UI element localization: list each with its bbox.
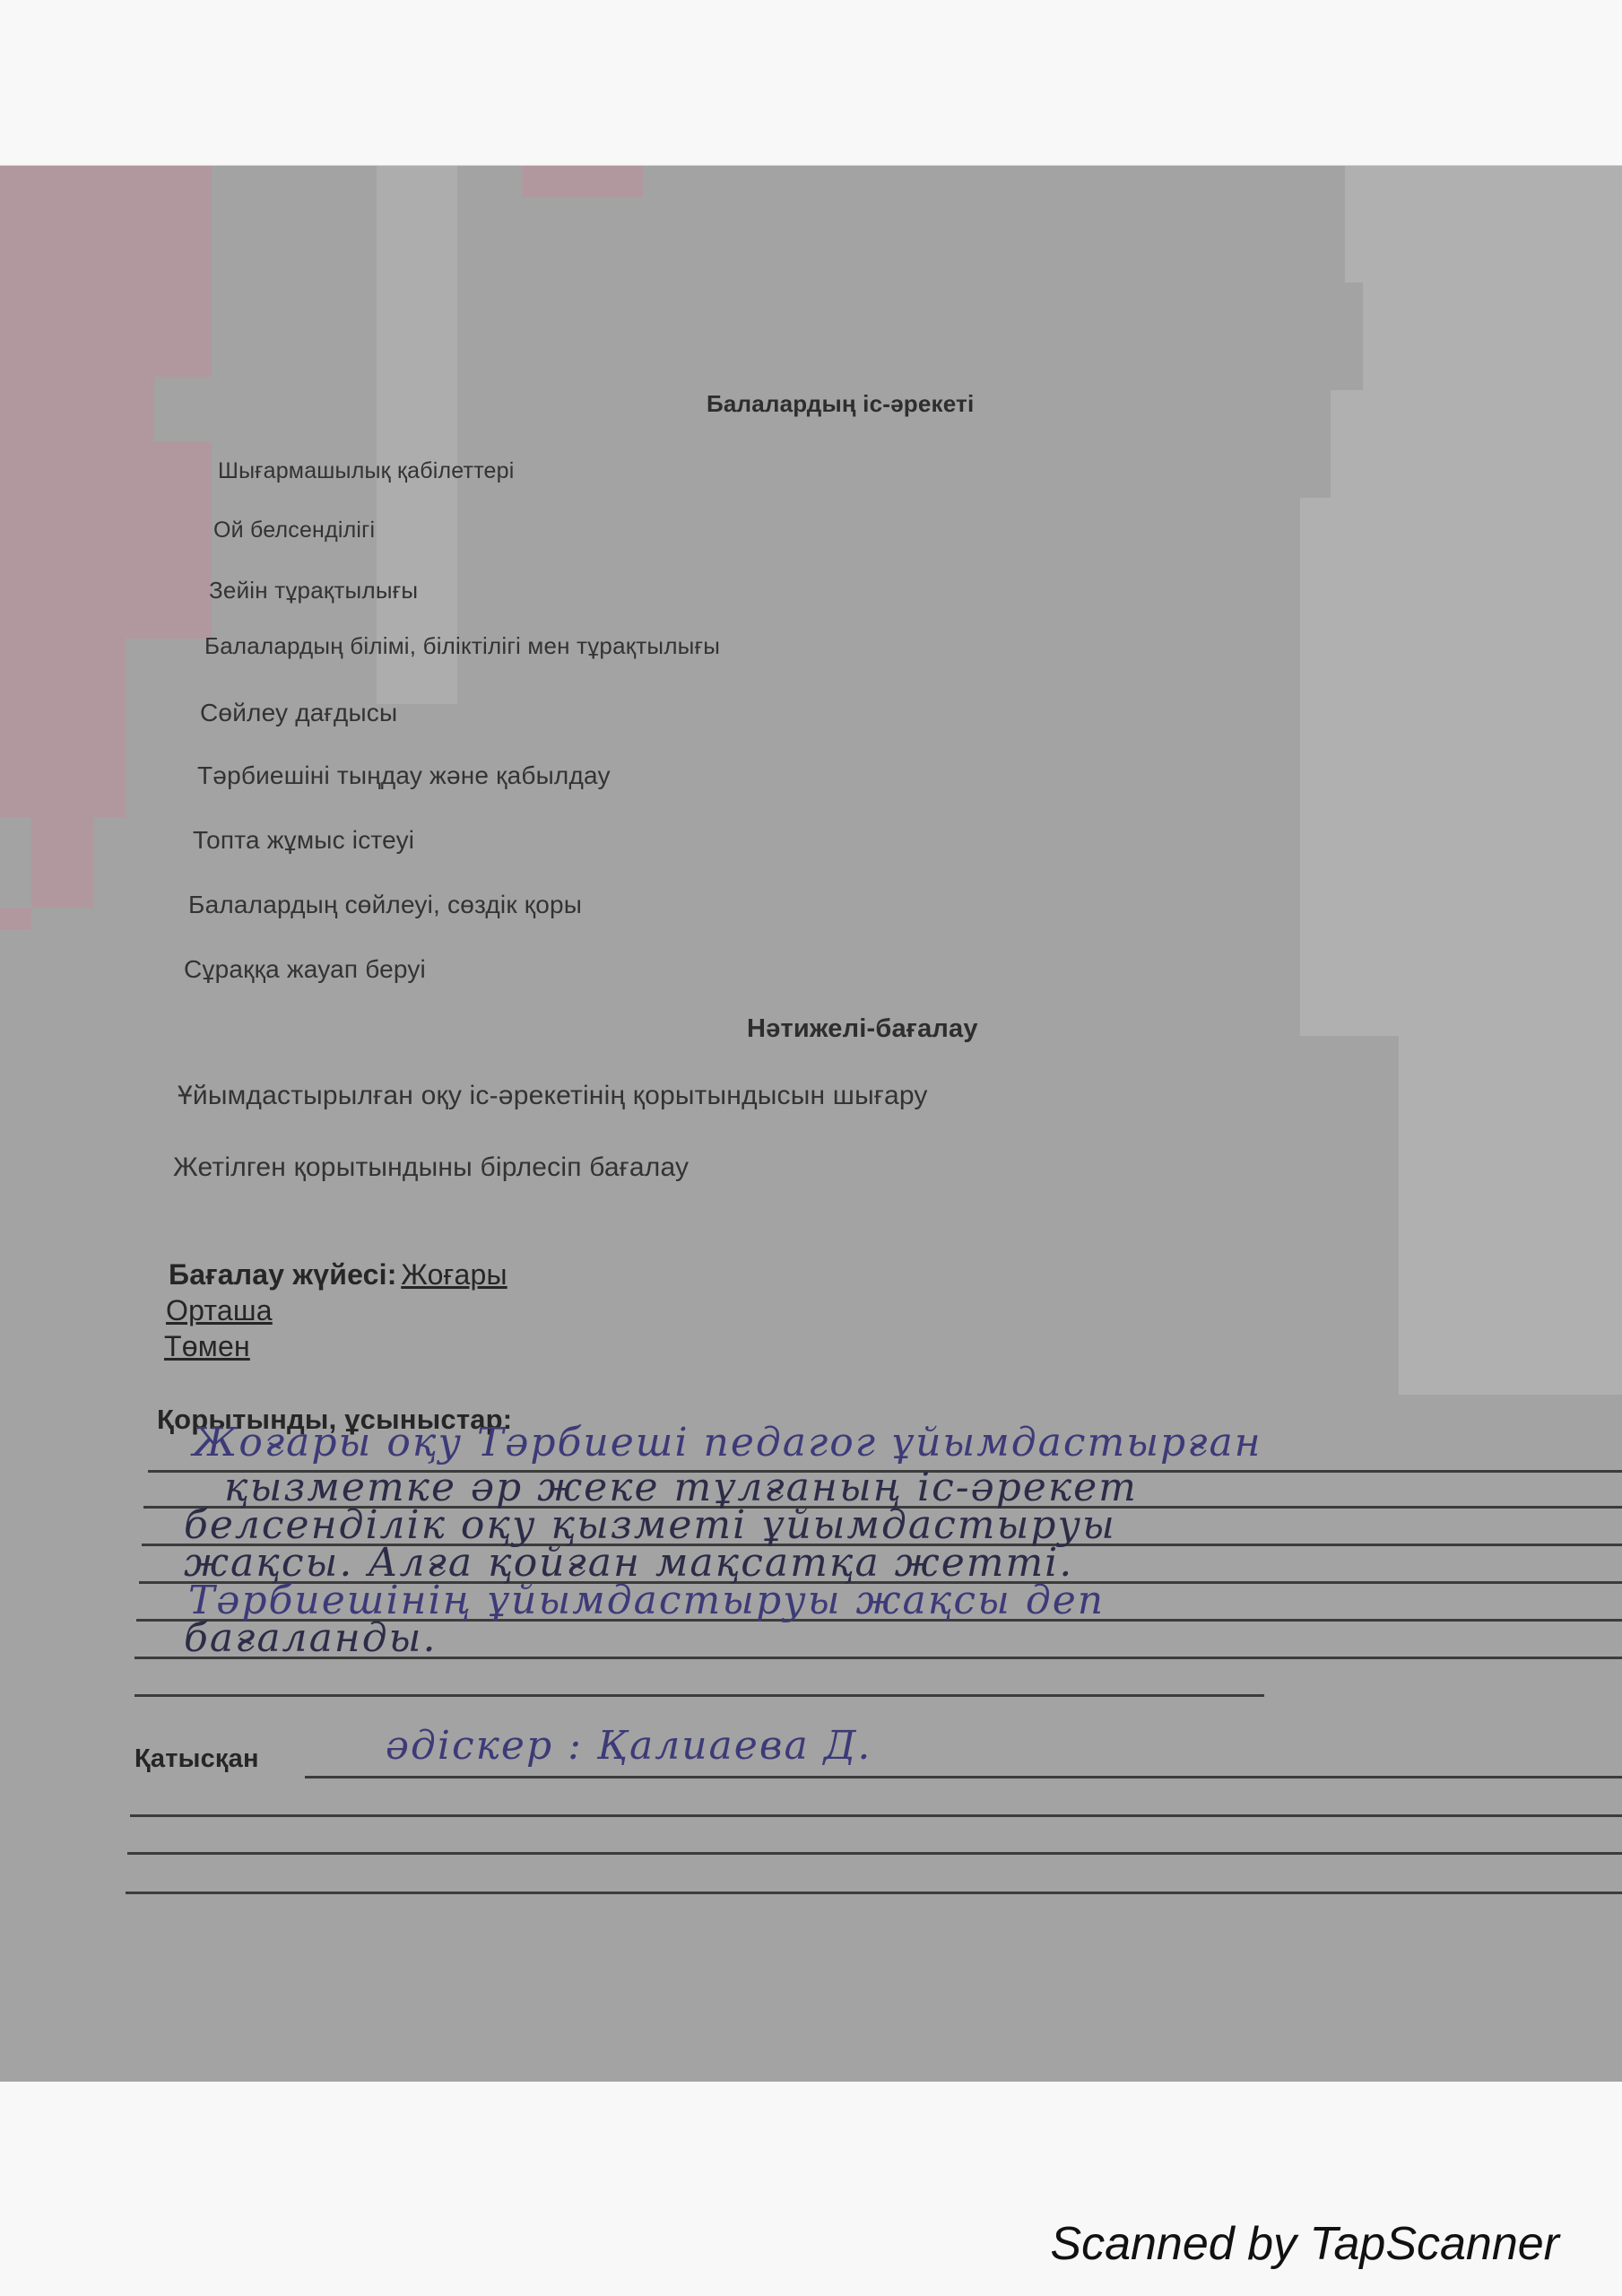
grade-level-medium: Орташа (166, 1294, 273, 1327)
criteria-item: Сұраққа жауап беруі (184, 955, 426, 984)
results-item: Ұйымдастырылған оқу іс-әрекетінің қорыты… (178, 1081, 928, 1111)
criteria-item: Зейін тұрақтылығы (209, 577, 418, 604)
scan-artifact (1363, 283, 1622, 390)
handwritten-conclusion-line: Жоғары оқу Тәрбиеші педагог ұйымдастырға… (193, 1420, 1262, 1465)
grading-system: Бағалау жүйесі: Жоғары (169, 1258, 507, 1291)
scan-artifact (1399, 1036, 1622, 1395)
grade-level-high: Жоғары (401, 1258, 507, 1291)
scan-artifact (522, 166, 643, 197)
scan-artifact (0, 441, 212, 639)
writing-line (305, 1776, 1622, 1779)
grade-level-low: Төмен (164, 1330, 250, 1363)
participant-signature: әдіскер : Қалиаева Д. (386, 1723, 872, 1769)
criteria-item: Балалардың білімі, біліктілігі мен тұрақ… (204, 632, 720, 660)
criteria-item: Сөйлеу дағдысы (200, 699, 397, 727)
writing-line (130, 1814, 1622, 1817)
scan-artifact (377, 166, 457, 704)
writing-line (126, 1892, 1622, 1894)
section-title-children-activity: Балалардың іс-әрекеті (707, 390, 974, 418)
criteria-item: Тәрбиешіні тыңдау және қабылдау (197, 761, 611, 790)
scan-artifact (0, 377, 154, 441)
scanner-watermark: Scanned by TapScanner (1050, 2217, 1559, 2271)
results-item: Жетілген қорытындыны бірлесіп бағалау (173, 1152, 689, 1183)
scanned-page: Балалардың іс-әрекеті Шығармашылық қабіл… (0, 165, 1622, 2082)
section-title-results: Нәтижелі-бағалау (747, 1014, 978, 1044)
writing-line (127, 1852, 1622, 1855)
scan-artifact (31, 818, 94, 908)
scan-artifact (0, 639, 126, 818)
criteria-item: Ой белсенділігі (213, 517, 375, 544)
participant-label: Қатысқан (134, 1744, 259, 1774)
scan-artifact (0, 166, 212, 377)
scan-artifact (1331, 390, 1622, 498)
scan-artifact (1300, 498, 1622, 1036)
criteria-item: Шығармашылық қабілеттері (218, 458, 515, 484)
writing-line (134, 1694, 1264, 1697)
grading-label: Бағалау жүйесі: (169, 1258, 397, 1291)
criteria-item: Топта жұмыс істеуі (193, 826, 414, 855)
scan-artifact (0, 908, 31, 930)
handwritten-conclusion-line: бағаланды. (184, 1615, 438, 1661)
criteria-item: Балалардың сөйлеуі, сөздік қоры (188, 891, 582, 919)
scan-artifact (1345, 166, 1622, 283)
